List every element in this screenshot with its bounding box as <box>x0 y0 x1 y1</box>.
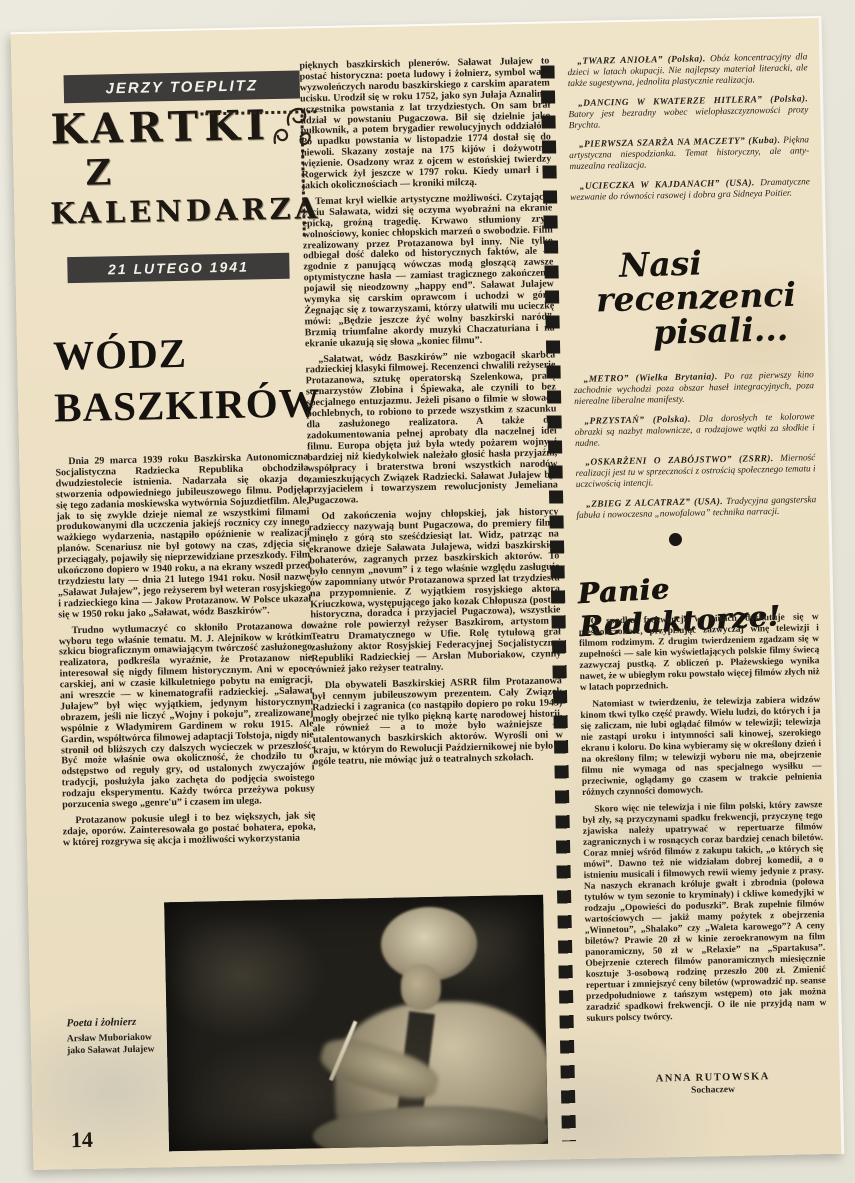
title-line-2: BASZKIRÓW <box>54 376 315 433</box>
review-item: „TWARZ ANIOŁA” (Polska). Obóz koncentrac… <box>567 52 808 90</box>
film-still-photo <box>164 895 548 1152</box>
review-item: „UCIECZKA W KAJDANACH” (USA). Dramatyczn… <box>570 177 810 204</box>
photo-figure-face <box>400 964 441 1011</box>
article-paragraph: Dla obywateli Baszkirskiej ASRR film Pro… <box>312 676 564 768</box>
author-banner: JERZY TOEPLITZ <box>64 70 301 103</box>
article-column-2: pięknych baszkirskich plenerów. Saławat … <box>299 56 566 893</box>
date-text: 21 LUTEGO 1941 <box>108 259 249 278</box>
reviews-heading: Nasi recenzenci pisali... <box>593 243 816 351</box>
article-paragraph: „Sałatwat, wódz Baszkirów” nie wzbogacił… <box>305 350 558 508</box>
article-title: WÓDZ BASZKIRÓW <box>53 324 315 433</box>
letter-paragraph: Natomiast w twierdzeniu, że telewizja za… <box>580 695 822 799</box>
article-paragraph: Temat krył wielkie artystyczne możliwośc… <box>302 192 555 350</box>
magazine-page: JERZY TOEPLITZ KARTKI Z KALENDARZA 21 LU… <box>11 16 845 1170</box>
review-item: „PIERWSZA SZARŻA NA MACZETY” (Kuba). Pię… <box>569 136 810 174</box>
review-item: „ZBIEG Z ALCATRAZ” (USA). Tradycyjna gan… <box>576 495 816 522</box>
photo-caption: Poeta i żołnierz Arsław Muboriakow jako … <box>66 1015 191 1056</box>
review-item: „OSKARŻENI O ZABÓJSTWO” (ZSRR). Mierność… <box>575 454 816 492</box>
letter-signature: ANNA RUTOWSKA Sochaczew <box>628 1071 798 1097</box>
letter-body: O spadku frekwencji w kinach dyskutuje s… <box>579 612 828 1069</box>
review-item: „DANCING W KWATERZE HITLERA” (Polska). B… <box>568 94 809 132</box>
title-line-1: WÓDZ <box>53 324 314 381</box>
section-bullet-icon <box>669 533 682 546</box>
article-paragraph: pięknych baszkirskich plenerów. Saławat … <box>299 56 552 192</box>
article-paragraph: Dnia 29 marca 1939 roku Baszkirska Auton… <box>55 452 311 621</box>
signature-name: ANNA RUTOWSKA <box>628 1071 798 1085</box>
letter-paragraph: Skoro więc nie telewizja i nie film pols… <box>582 800 826 1025</box>
caption-title: Poeta i żołnierz <box>66 1015 190 1029</box>
masthead-line-2: Z <box>85 151 306 190</box>
reviews-column-bottom: „METRO” (Wielka Brytania). Po raz pierws… <box>574 370 817 531</box>
masthead-line-3: KALENDARZA <box>50 194 307 228</box>
page-number: 14 <box>71 1127 94 1153</box>
article-paragraph: Trudno wytłumaczyć co skłoniło Protazano… <box>59 621 316 811</box>
review-item: „PRZYSTAŃ” (Polska). Dla dorosłych te ko… <box>574 412 815 450</box>
article-column-1: Dnia 29 marca 1939 roku Baszkirska Auton… <box>55 452 317 899</box>
review-body: Batory jest bezradny wobec wielopłaszczy… <box>568 105 808 131</box>
scanner-background: JERZY TOEPLITZ KARTKI Z KALENDARZA 21 LU… <box>0 0 855 1183</box>
article-paragraph: Protazanow pokusie uległ i to bez większ… <box>62 811 316 849</box>
reviews-column-top: „TWARZ ANIOŁA” (Polska). Obóz koncentrac… <box>567 52 810 213</box>
reviews-heading-line-3: pisali... <box>653 311 816 350</box>
article-paragraph: Od zakończenia wojny chłopskiej, jak his… <box>308 508 561 677</box>
date-banner: 21 LUTEGO 1941 <box>67 253 289 283</box>
review-item: „METRO” (Wielka Brytania). Po raz pierws… <box>574 370 815 408</box>
author-name: JERZY TOEPLITZ <box>105 77 258 97</box>
letter-paragraph: O spadku frekwencji w kinach dyskutuje s… <box>579 612 820 694</box>
signature-city: Sochaczew <box>628 1084 798 1097</box>
masthead: KARTKI Z KALENDARZA <box>48 104 307 259</box>
